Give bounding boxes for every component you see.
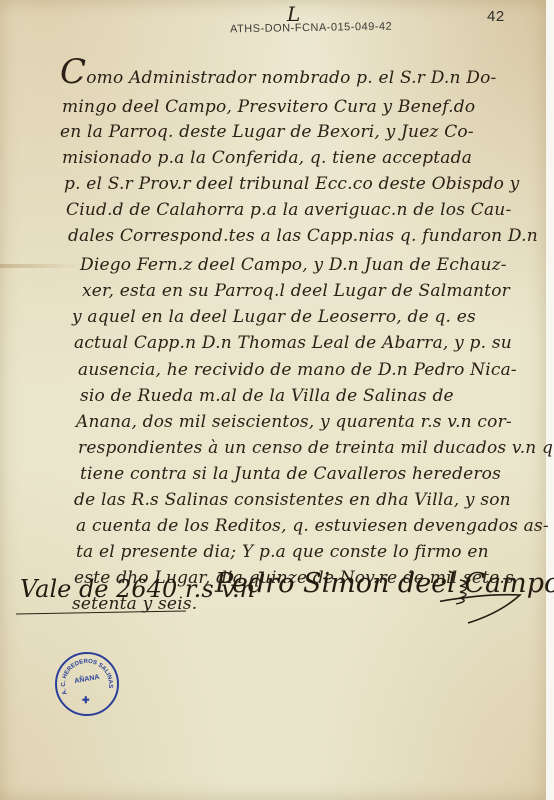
text-line: y aquel en la deel Lugar de Leoserro, de… [72, 307, 476, 327]
text-line: ta el presente dia; Y p.a que conste lo … [76, 542, 489, 562]
text-line: dales Correspond.tes a las Capp.nias q. … [68, 226, 538, 246]
text-line: p. el S.r Prov.r deel tribunal Ecc.co de… [64, 174, 519, 194]
paper-fold-mark [0, 264, 80, 268]
text-line: mingo deel Campo, Presvitero Cura y Bene… [62, 97, 475, 117]
text-line: Anana, dos mil seiscientos, y quarenta r… [76, 412, 512, 432]
folio-number: 42 [487, 8, 505, 25]
text-line: Ciud.d de Calahorra p.a la averiguac.n d… [66, 200, 511, 220]
text-line: tiene contra si la Junta de Cavalleros h… [80, 464, 501, 484]
text-line: Diego Fern.z deel Campo, y D.n Juan de E… [80, 255, 507, 275]
text-line: actual Capp.n D.n Thomas Leal de Abarra,… [74, 333, 512, 353]
text-line: misionado p.a la Conferida, q. tiene acc… [62, 148, 472, 168]
text-line: respondientes à un censo de treinta mil … [78, 438, 554, 458]
text-line: en la Parroq. deste Lugar de Bexori, y J… [60, 122, 474, 142]
archive-stamp: A. C. HEREDEROS SALINAS AÑANA ✚ [55, 652, 119, 716]
text-line: a cuenta de los Reditos, q. estuviesen d… [76, 516, 549, 536]
scan-background-edge [546, 0, 554, 800]
text-line: xer, esta en su Parroq.l deel Lugar de S… [82, 281, 510, 301]
cross-icon: ✚ [82, 695, 90, 706]
text-line: ausencia, he recivido de mano de D.n Ped… [78, 360, 517, 380]
text-line: Como Administrador nombrado p. el S.r D.… [60, 52, 497, 92]
text-line: sio de Rueda m.al de la Villa de Salinas… [80, 386, 454, 406]
signature-flourish-icon [440, 575, 540, 625]
text-line: de las R.s Salinas consistentes en dha V… [74, 490, 511, 510]
